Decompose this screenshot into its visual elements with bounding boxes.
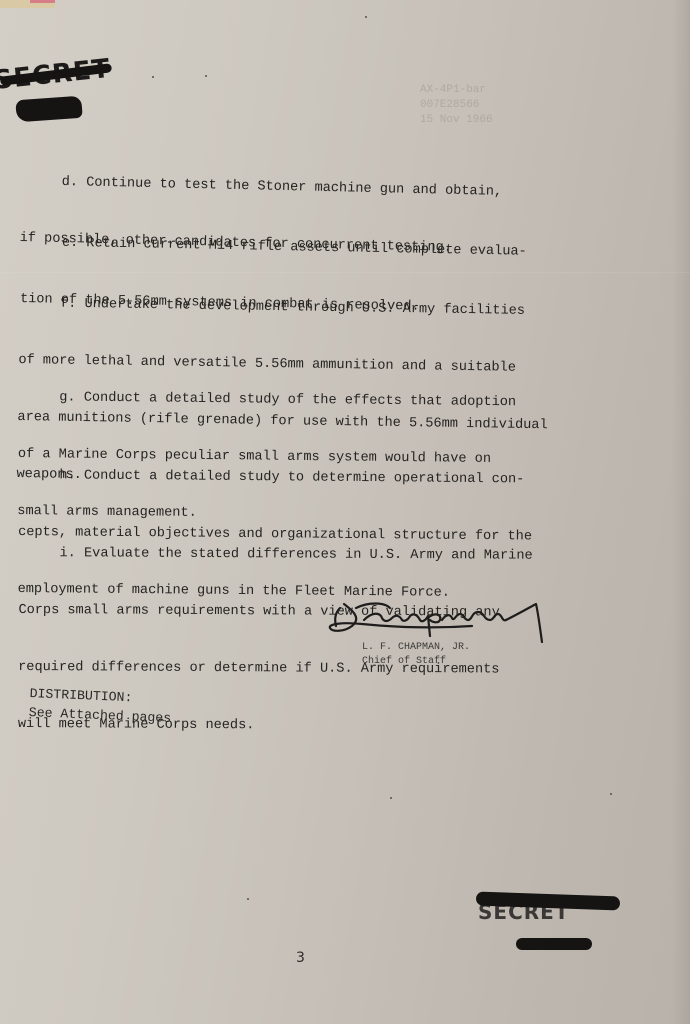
dust-speck [247, 898, 249, 900]
signatory-name: L. F. CHAPMAN, JR. [362, 642, 470, 653]
distribution-block: DISTRIBUTION: See Attached pages [28, 684, 172, 728]
paragraph-line: g. Conduct a detailed study of the effec… [18, 388, 516, 412]
bleed-through-line: 15 Nov 1966 [420, 113, 493, 128]
redaction-mark [516, 938, 592, 950]
document-page: SECRET AX-4P1-bar 007E28566 15 Nov 1966 … [0, 0, 690, 1024]
paragraph-line: f. Undertake the development through U.S… [19, 294, 549, 321]
dust-speck [205, 75, 207, 77]
page-number: 3 [296, 950, 305, 966]
dust-speck [390, 797, 392, 799]
underlying-paper-tab [30, 0, 55, 3]
dust-speck [365, 16, 367, 18]
signatory-title: Chief of Staff [362, 656, 446, 667]
bleed-through-line: AX-4P1-bar [420, 83, 493, 98]
redaction-mark [15, 96, 82, 123]
dust-speck [168, 241, 170, 243]
dust-speck [152, 76, 154, 78]
dust-speck [610, 793, 612, 795]
paragraph-line: h. Conduct a detailed study to determine… [19, 466, 533, 489]
signatory-block: L. F. CHAPMAN, JR. Chief of Staff [362, 641, 470, 669]
distribution-text: See Attached pages [28, 705, 171, 726]
distribution-heading: DISTRIBUTION: [29, 686, 132, 705]
bleed-through-header: AX-4P1-bar 007E28566 15 Nov 1966 [420, 83, 493, 128]
bleed-through-line: 007E28566 [420, 98, 493, 113]
paragraph-line: i. Evaluate the stated differences in U.… [19, 544, 533, 566]
page-edge-shadow [672, 0, 690, 1024]
